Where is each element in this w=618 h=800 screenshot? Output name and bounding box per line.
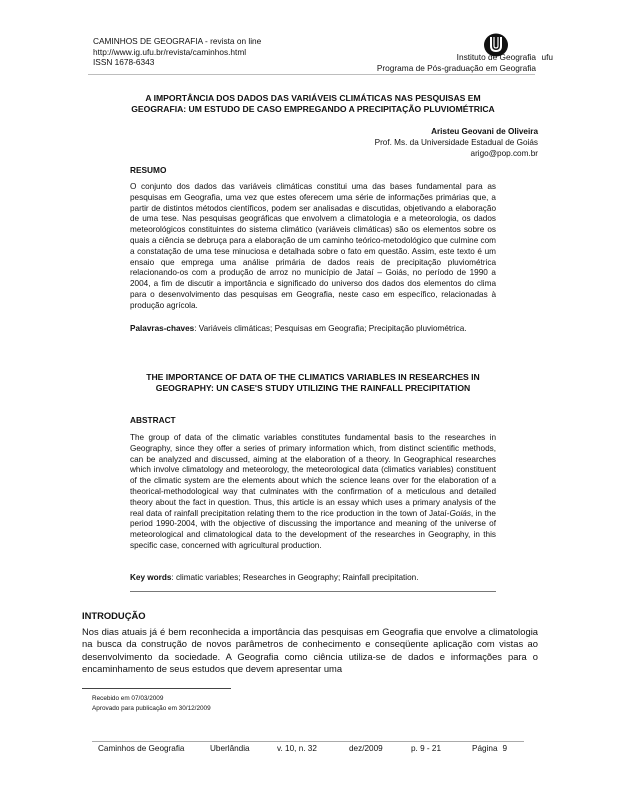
footer-page-label: Página — [472, 744, 498, 753]
abstract-divider — [130, 591, 496, 592]
footer-date: dez/2009 — [349, 744, 411, 753]
footnotes: Recebido em 07/03/2009 Aprovado para pub… — [92, 694, 211, 713]
footer-divider — [92, 741, 524, 742]
resumo-keywords: Palavras-chaves: Variáveis climáticas; P… — [130, 324, 496, 335]
footer-city: Uberlândia — [210, 744, 277, 753]
resumo-body: O conjunto dos dados das variáveis climá… — [130, 182, 496, 312]
title-en-line2: GEOGRAPHY: UN CASE'S STUDY UTILIZING THE… — [80, 383, 546, 394]
author-email: arigo@pop.com.br — [375, 148, 538, 159]
ufu-label: ufu — [541, 52, 553, 63]
journal-header: CAMINHOS DE GEOGRAFIA - revista on line … — [93, 36, 261, 68]
footer-page-number: 9 — [503, 744, 508, 753]
keywords-en: : climatic variables; Researches in Geog… — [171, 573, 418, 582]
footer-pages: p. 9 - 21 — [411, 744, 472, 753]
journal-name: CAMINHOS DE GEOGRAFIA - revista on line — [93, 36, 261, 47]
title-english: THE IMPORTANCE OF DATA OF THE CLIMATICS … — [80, 372, 546, 394]
keywords-label-pt: Palavras-chaves — [130, 324, 194, 333]
header-divider — [88, 74, 535, 75]
program-name: Programa de Pós-graduação em Geografia — [377, 63, 536, 74]
institute-name: Instituto de Geografia — [377, 52, 536, 63]
paper-page: CAMINHOS DE GEOGRAFIA - revista on line … — [0, 0, 618, 800]
journal-url: http://www.ig.ufu.br/revista/caminhos.ht… — [93, 47, 261, 58]
received-date: Recebido em 07/03/2009 — [92, 694, 211, 704]
abstract-heading: ABSTRACT — [130, 415, 176, 425]
title-pt-line2: GEOGRAFIA: UM ESTUDO DE CASO EMPREGANDO … — [80, 104, 546, 115]
title-en-line1: THE IMPORTANCE OF DATA OF THE CLIMATICS … — [80, 372, 546, 383]
abstract-body: The group of data of the climatic variab… — [130, 433, 496, 552]
footer-volume: v. 10, n. 32 — [277, 744, 349, 753]
keywords-pt: : Variáveis climáticas; Pesquisas em Geo… — [194, 324, 466, 333]
intro-heading: INTRODUÇÃO — [82, 610, 146, 621]
title-portuguese: A IMPORTÂNCIA DOS DADOS DAS VARIÁVEIS CL… — [80, 93, 546, 115]
footnote-divider — [82, 688, 231, 689]
author-affiliation: Prof. Ms. da Universidade Estadual de Go… — [375, 137, 538, 148]
page-footer: Caminhos de Geografia Uberlândia v. 10, … — [98, 744, 507, 753]
institute-header: Instituto de Geografia ufu Programa de P… — [377, 52, 536, 73]
approved-date: Aprovado para publicação em 30/12/2009 — [92, 704, 211, 714]
keywords-label-en: Key words — [130, 573, 171, 582]
title-pt-line1: A IMPORTÂNCIA DOS DADOS DAS VARIÁVEIS CL… — [80, 93, 546, 104]
abstract-text-part1: The group of data of the climatic variab… — [130, 433, 496, 518]
footer-journal: Caminhos de Geografia — [98, 744, 210, 753]
resumo-heading: RESUMO — [130, 165, 166, 175]
author-block: Aristeu Geovani de Oliveira Prof. Ms. da… — [375, 126, 538, 159]
abstract-keywords: Key words: climatic variables; Researche… — [130, 573, 496, 584]
journal-issn: ISSN 1678-6343 — [93, 57, 261, 68]
abstract-text-italic: Goiás — [450, 509, 471, 518]
intro-body: Nos dias atuais já é bem reconhecida a i… — [82, 626, 538, 675]
author-name: Aristeu Geovani de Oliveira — [375, 126, 538, 137]
